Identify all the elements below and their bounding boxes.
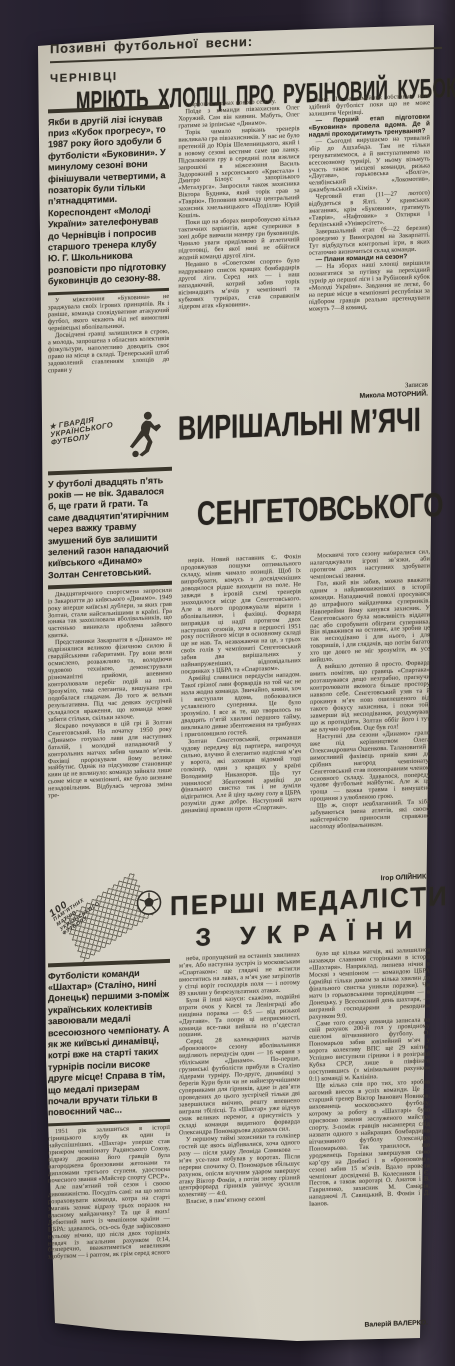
rule (48, 467, 172, 475)
paragraph: Торік чимало нарікань тренерів викликала… (178, 126, 299, 221)
paragraph: Ще кілька слів про тих, хто зробив вагом… (309, 1079, 430, 1209)
100-memorable-matches-badge: 100 ПАМ’ЯТНИХ МАТЧІВ УКРАЇНСЬКОГО ФУТБОЛ… (48, 891, 170, 957)
article-3-column-3: було ще кілька матчів, які залишилися на… (309, 947, 430, 1331)
paragraph: 1951 рік залишиться в історії гірницьког… (48, 1125, 170, 1185)
article-2-lead: У футболі двадцять п’ять років — не вік.… (48, 474, 172, 581)
article-2-headline-line-1: ВИРІШАЛЬНІ М’ЯЧІ (178, 402, 421, 449)
rule (48, 105, 169, 113)
footballer-silhouette-icon (128, 409, 162, 463)
paragraph: Були й інші казуси: скажімо, подвійні вт… (179, 994, 300, 1040)
article-1-column-3-text: лент. Та за сімейних обставин нині здібн… (309, 93, 430, 383)
paragraph: — На зборах наші хлопці вирішили позмага… (309, 260, 430, 313)
badge-text: ★ ГВАРДІЯ УКРАЇНСЬКОГО ФУТБОЛУ (49, 413, 115, 447)
paragraph: Що ж, спорт невблаганний. Та хіба забува… (310, 800, 430, 832)
paragraph: неба, пропущений на останніх хвилинах м’… (179, 952, 300, 998)
paragraph: Двадцятирічного спортсмена запросили із … (48, 587, 172, 640)
paragraph: Серед 28 календарних матчів «бронзового»… (179, 1036, 300, 1138)
signature-name: Валерій ВАЛЕРКО. (309, 1319, 428, 1332)
paragraph: Недавно в «Советском спорте» було надрук… (178, 258, 299, 311)
city-label: ЧЕРНІВЦІ (50, 71, 118, 85)
article-1-column-1-text: У міжсезоння «Буковина» не зраджувала св… (48, 294, 169, 412)
paragraph: Досвідчені гравці залишилися в строю, а … (48, 329, 169, 375)
article-3-column-2-text: неба, пропущений на останніх хвилинах м’… (179, 952, 300, 1336)
article-2-headline-line-2: СЕНГЕТОВСЬКОГО (197, 489, 397, 537)
paragraph: Представники Закарпаття в «Динамо» не ві… (48, 636, 172, 724)
article-3-column-1-text: 1951 рік залишиться в історії гірницьког… (48, 1125, 170, 1341)
rule (48, 959, 170, 967)
article-1-lead: Якби в другій лізі існував приз «Кубок п… (48, 112, 169, 288)
photo-background: Позивні футбольної весни: ЧЕРНІВЦІ МРІЮТ… (0, 0, 455, 1366)
paragraph: Поки що на зборах випробовуємо кілька та… (178, 216, 299, 262)
paragraph: Завершальний етап (6—22 березня) проведе… (309, 225, 430, 257)
article-2-column-1: У футболі двадцять п’ять років — не вік.… (48, 465, 172, 896)
soccer-ball-icon (136, 889, 162, 921)
article-1-column-1: Якби в другій лізі існував приз «Кубок п… (48, 103, 169, 412)
paragraph: було ще кілька матчів, які залишилися на… (309, 947, 430, 1021)
article-1-column-2-text: стартових матчах нового сезону.Поїде з к… (178, 98, 299, 407)
article-1-column-2: стартових матчах нового сезону.Поїде з к… (178, 98, 299, 407)
article-2: ★ ГВАРДІЯ УКРАЇНСЬКОГО ФУТБОЛУ ВИРІШАЛЬН… (48, 399, 430, 895)
paragraph: Яскраво почувався в цій грі й Золтан Сен… (48, 720, 172, 801)
paragraph: Наступні два сезони «Динамо» грало вже п… (310, 730, 430, 804)
paragraph: Золтан Сенгетовський, отримавши чудову п… (181, 735, 301, 816)
kicker: Позивні футбольної весни: (50, 27, 442, 63)
article-2-column-2: нерів. Новий наставник Є. Фокін продовжу… (181, 554, 301, 890)
paragraph: нерів. Новий наставник Є. Фокін продовжу… (181, 554, 301, 677)
paragraph: А вийшло дотепно й просто. Форвард вмить… (310, 661, 430, 735)
article-3-header: 100 ПАМ’ЯТНИХ МАТЧІВ УКРАЇНСЬКОГО ФУТБОЛ… (48, 881, 430, 957)
article-3-headline: ПЕРШІ МЕДАЛІСТИ З УКРАЇНИ (170, 881, 449, 953)
paragraph: — Сьогодні вирушаємо на тривалий збір до… (309, 135, 430, 195)
article-3-column-2: неба, пропущений на останніх хвилинах м’… (179, 952, 300, 1336)
paragraph: У першому таймі захисники та голкіпер го… (179, 1133, 300, 1200)
paragraph: У міжсезоння «Буковина» не зраджувала св… (48, 294, 169, 333)
article-2-column-1-text: Двадцятирічного спортсмена запросили із … (48, 587, 172, 895)
article-2-column-2-text: нерів. Новий наставник Є. Фокін продовжу… (181, 554, 301, 890)
article-2-column-3-text: Москвичі того сезону набиралися сил, нал… (310, 549, 430, 875)
article-3-column-3-text: було ще кілька матчів, які залишилися на… (309, 947, 430, 1321)
paragraph: Саме того сезону команда записала на сві… (309, 1017, 430, 1084)
article-3: 100 ПАМ’ЯТНИХ МАТЧІВ УКРАЇНСЬКОГО ФУТБОЛ… (48, 881, 430, 1341)
paragraph: Армійці славилися передусім нападом. Так… (181, 672, 301, 739)
article-1-column-3: лент. Та за сімейних обставин нині здібн… (309, 93, 430, 402)
article-3-lead: Футболісти команди «Шахтар» (Сталіно, ни… (48, 966, 170, 1119)
clipping-content: Позивні футбольної весни: ЧЕРНІВЦІ МРІЮТ… (30, 19, 434, 1350)
article-1: Якби в другій лізі існував приз «Кубок п… (48, 93, 430, 412)
paragraph: Гол, який він забив, можна вважати одним… (310, 577, 430, 665)
article-3-column-1: Футболісти команди «Шахтар» (Сталіно, ни… (48, 957, 170, 1341)
paragraph: Але пам’ятний той сезон і своєю дивовижн… (48, 1181, 170, 1262)
article-2-column-3: Москвичі того сезону набиралися сил, нал… (310, 549, 430, 885)
